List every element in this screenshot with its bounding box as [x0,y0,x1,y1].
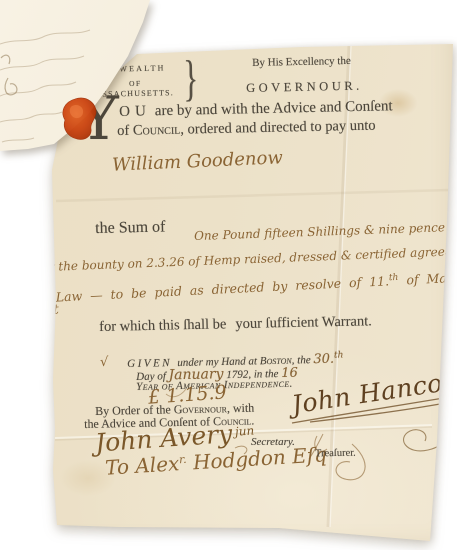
folded-corner-shadow [0,0,457,550]
ink-showthrough-marks [0,0,457,550]
folded-corner [0,0,457,550]
document-photograph: MONWEALTH OF MASSACHUSETTS. } By His Exc… [0,0,457,550]
